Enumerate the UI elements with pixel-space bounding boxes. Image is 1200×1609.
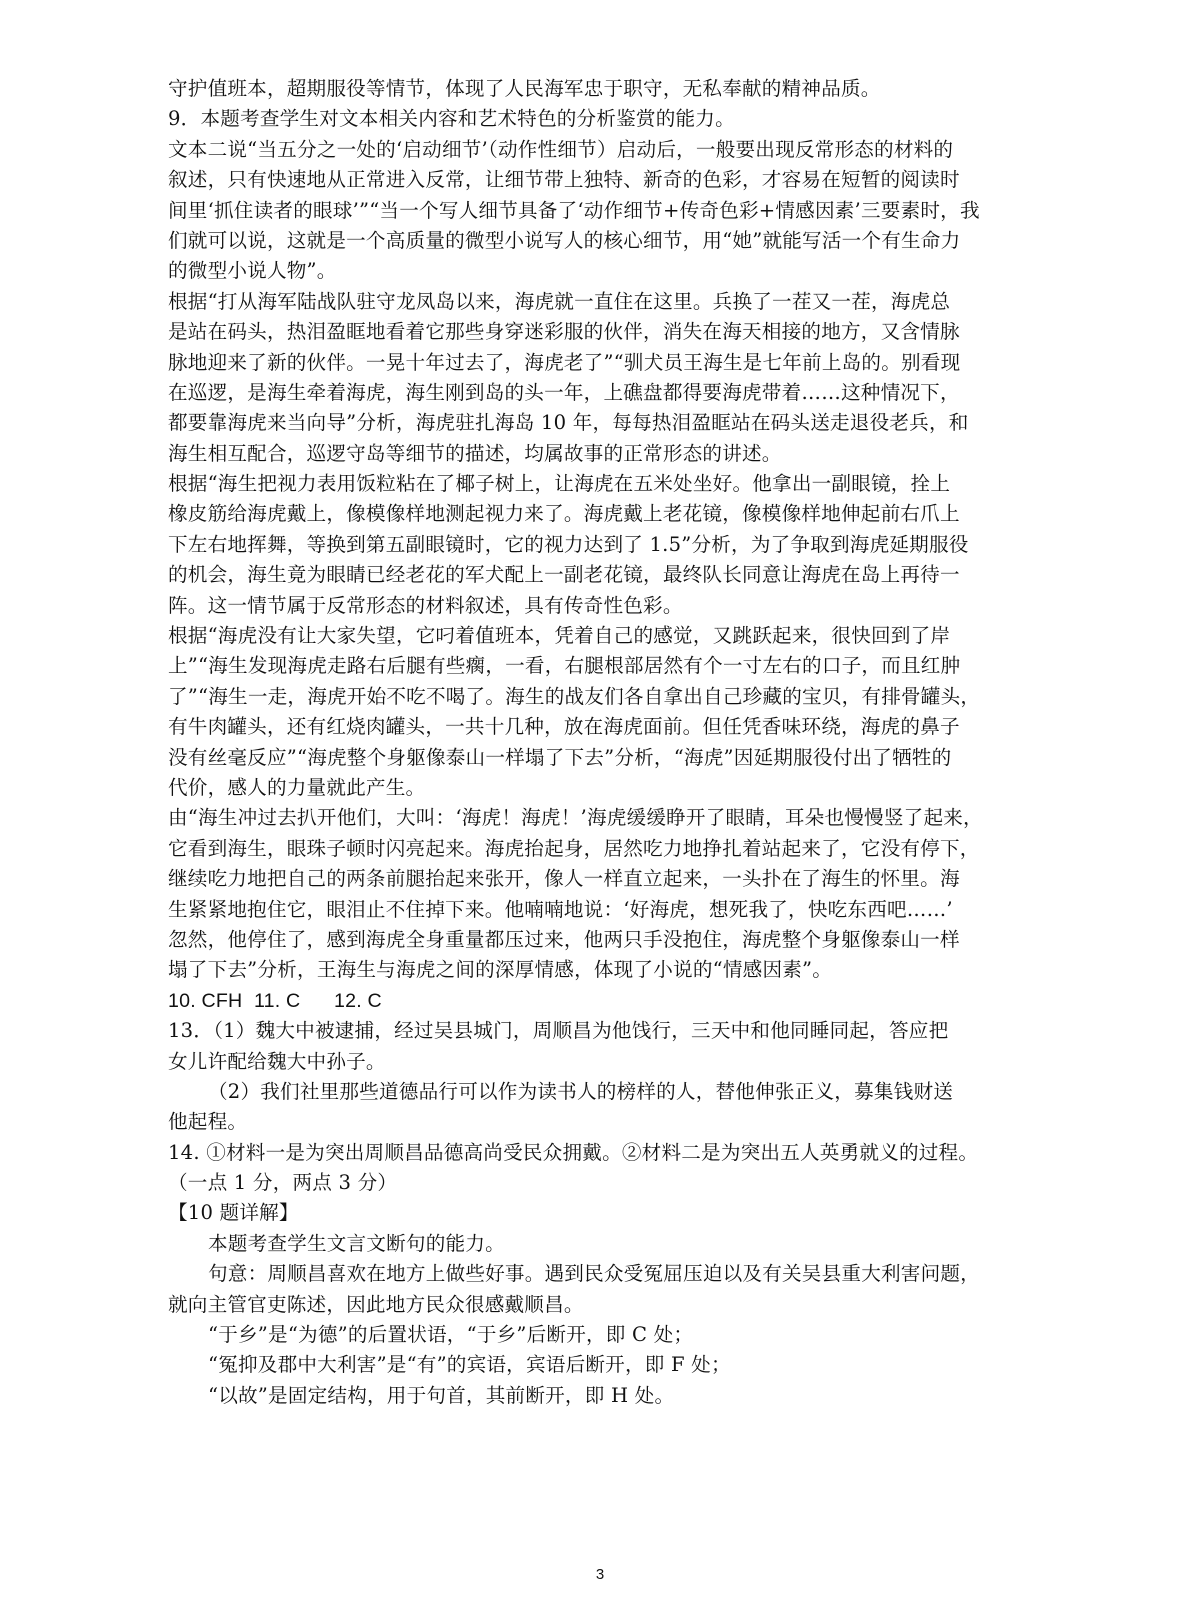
q13-part1-line1: 13．（1）魏大中被逮捕，经过吴县城门，周顺昌为他饯行，三天中和他同睡同起，答应… [168,1016,1036,1046]
text-line: 是站在码头，热泪盈眶地看着它那些身穿迷彩服的伙伴，消失在海天相接的地方，又含情脉 [168,317,1036,347]
detail-10-line: “以故”是固定结构，用于句首，其前断开，即 H 处。 [168,1381,1036,1411]
detail-10-line: “冤抑及郡中大利害”是“有”的宾语，宾语后断开，即 F 处； [168,1350,1036,1380]
text-line: 下左右地挥舞，等换到第五副眼镜时，它的视力达到了 1.5”分析，为了争取到海虎延… [168,530,1036,560]
text-line: 守护值班本，超期服役等情节，体现了人民海军忠于职守，无私奉献的精神品质。 [168,74,1036,104]
text-line: 的机会，海生竟为眼睛已经老花的军犬配上一副老花镜，最终队长同意让海虎在岛上再待一 [168,560,1036,590]
text-line: 代价，感人的力量就此产生。 [168,773,1036,803]
text-line: 了”“海生一走，海虎开始不吃不喝了。海生的战友们各自拿出自己珍藏的宝贝，有排骨罐… [168,682,1036,712]
answer-11: 11. C [254,986,334,1016]
answer-10: 10. CFH [168,986,254,1016]
detail-10-line: “于乡”是“为德”的后置状语，“于乡”后断开，即 C 处； [168,1320,1036,1350]
text-line: 根据“海虎没有让大家失望，它叼着值班本，凭着自己的感觉，又跳跃起来，很快回到了岸 [168,621,1036,651]
text-line: 海生相互配合，巡逻守岛等细节的描述，均属故事的正常形态的讲述。 [168,439,1036,469]
answers-row: 10. CFH11. C12. C [168,986,1036,1016]
q13-part2-line2: 他起程。 [168,1107,1036,1137]
text-line: 塌了下去”分析，王海生与海虎之间的深厚情感，体现了小说的“情感因素”。 [168,955,1036,985]
text-line: 间里‘抓住读者的眼球’”“当一个写人细节具备了‘动作细节+传奇色彩+情感因素’三… [168,196,1036,226]
detail-10-line: 句意：周顺昌喜欢在地方上做些好事。遇到民众受冤屈压迫以及有关吴县重大利害问题， [168,1259,1036,1289]
text-line: 生紧紧地抱住它，眼泪止不住掉下来。他喃喃地说：‘好海虎，想死我了，快吃东西吧……… [168,895,1036,925]
text-line: 叙述，只有快速地从正常进入反常，让细节带上独特、新奇的色彩，才容易在短暂的阅读时 [168,165,1036,195]
detail-10-heading: 【10 题详解】 [168,1198,1036,1228]
text-line: 的微型小说人物”。 [168,256,1036,286]
q13-part1-line2: 女儿许配给魏大中孙子。 [168,1047,1036,1077]
text-line: 根据“打从海军陆战队驻守龙凤岛以来，海虎就一直住在这里。兵换了一茬又一茬，海虎总 [168,287,1036,317]
text-line: 脉地迎来了新的伙伴。一晃十年过去了，海虎老了”“驯犬员王海生是七年前上岛的。别看… [168,348,1036,378]
text-line: 们就可以说，这就是一个高质量的微型小说写人的核心细节，用“她”就能写活一个有生命… [168,226,1036,256]
page-number: 3 [0,1566,1200,1583]
text-line: 继续吃力地把自己的两条前腿抬起来张开，像人一样直立起来，一头扑在了海生的怀里。海 [168,864,1036,894]
text-line: 有牛肉罐头，还有红烧肉罐头，一共十几种，放在海虎面前。但任凭香味环绕，海虎的鼻子 [168,712,1036,742]
q14-line2: （一点 1 分，两点 3 分） [168,1168,1036,1198]
text-line: 上”“海生发现海虎走路右后腿有些瘸，一看，右腿根部居然有个一寸左右的口子，而且红… [168,651,1036,681]
text-line: 文本二说“当五分之一处的‘启动细节’（动作性细节）启动后，一般要出现反常形态的材… [168,135,1036,165]
q14-line1: 14. ①材料一是为突出周顺昌品德高尚受民众拥戴。②材料二是为突出五人英勇就义的… [168,1138,1036,1168]
document-body: 守护值班本，超期服役等情节，体现了人民海军忠于职守，无私奉献的精神品质。 9．本… [168,74,1036,1411]
text-line: 在巡逻，是海生牵着海虎，海生刚到岛的头一年，上礁盘都得要海虎带着……这种情况下， [168,378,1036,408]
text-line: 由“海生冲过去扒开他们，大叫：‘海虎！海虎！’海虎缓缓睁开了眼睛，耳朵也慢慢竖了… [168,803,1036,833]
detail-10-line: 就向主管官吏陈述，因此地方民众很感戴顺昌。 [168,1290,1036,1320]
text-line: 忽然，他停住了，感到海虎全身重量都压过来，他两只手没抱住，海虎整个身躯像泰山一样 [168,925,1036,955]
q13-part2-line1: （2）我们社里那些道德品行可以作为读书人的榜样的人，替他伸张正义，募集钱财送 [168,1077,1036,1107]
text-line: 它看到海生，眼珠子顿时闪亮起来。海虎抬起身，居然吃力地挣扎着站起来了，它没有停下… [168,834,1036,864]
question-9-heading: 9．本题考查学生对文本相关内容和艺术特色的分析鉴赏的能力。 [168,104,1036,134]
detail-10-line: 本题考查学生文言文断句的能力。 [168,1229,1036,1259]
text-line: 没有丝毫反应”“海虎整个身躯像泰山一样塌了下去”分析，“海虎”因延期服役付出了牺… [168,743,1036,773]
text-line: 根据“海生把视力表用饭粒粘在了椰子树上，让海虎在五米处坐好。他拿出一副眼镜，拴上 [168,469,1036,499]
text-line: 都要靠海虎来当向导”分析，海虎驻扎海岛 10 年，每每热泪盈眶站在码头送走退役老… [168,408,1036,438]
text-line: 橡皮筋给海虎戴上，像模像样地测起视力来了。海虎戴上老花镜，像模像样地伸起前右爪上 [168,499,1036,529]
text-line: 阵。这一情节属于反常形态的材料叙述，具有传奇性色彩。 [168,591,1036,621]
answer-12: 12. C [334,986,382,1016]
